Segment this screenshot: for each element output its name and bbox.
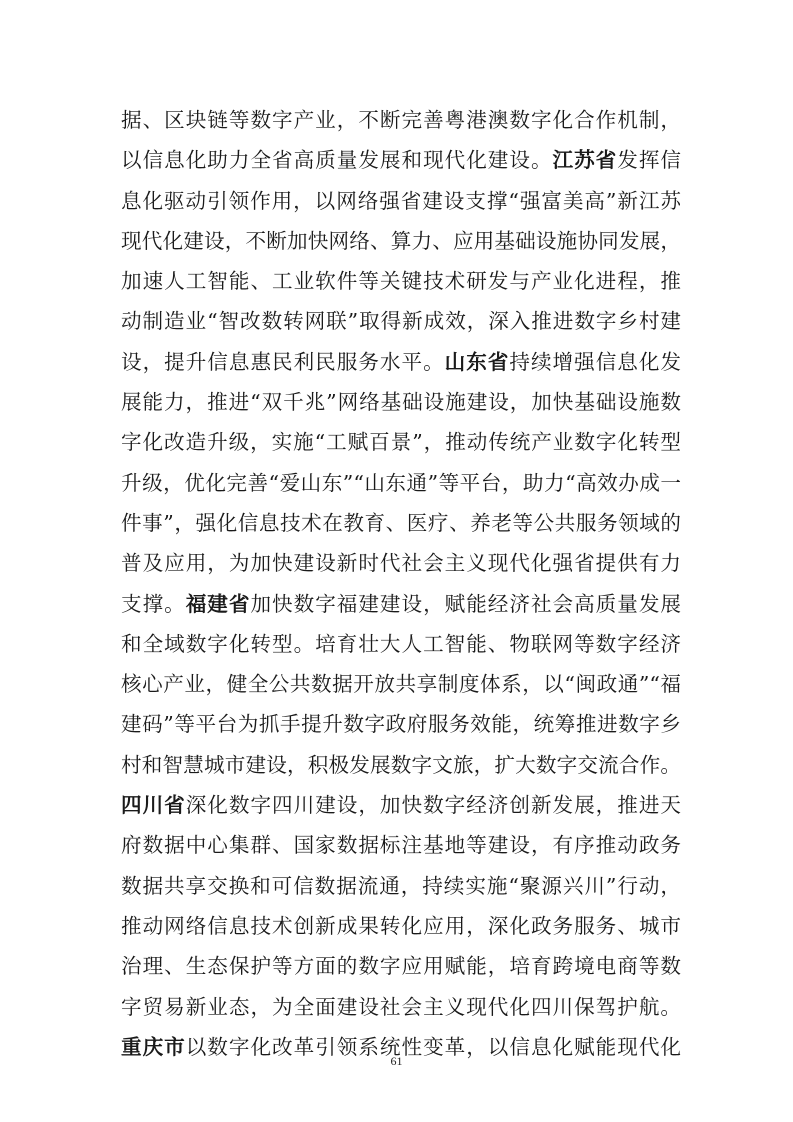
text-line: 以信息化助力全省高质量发展和现代化建设。江苏省发挥信 xyxy=(121,140,681,180)
line-text: 府数据中心集群、国家数据标注基地等建设，有序推动政务 xyxy=(121,833,681,857)
text-line: 核心产业，健全公共数据开放共享制度体系，以“闽政通”“福 xyxy=(121,664,681,704)
text-line: 字贸易新业态，为全面建设社会主义现代化四川保驾护航。 xyxy=(121,987,681,1027)
text-line: 建码”等平台为抓手提升数字政府服务效能，统筹推进数字乡 xyxy=(121,704,681,744)
body-text: 据、区块链等数字产业，不断完善粤港澳数字化合作机制， 以信息化助力全省高质量发展… xyxy=(121,100,681,1067)
text-line: 数据共享交换和可信数据流通，持续实施“聚源兴川”行动， xyxy=(121,866,681,906)
line-text: 普及应用，为加快建设新时代社会主义现代化强省提供有力 xyxy=(121,551,681,575)
text-line: 治理、生态保护等方面的数字应用赋能，培育跨境电商等数 xyxy=(121,946,681,986)
text-line: 现代化建设，不断加快网络、算力、应用基础设施协同发展， xyxy=(121,221,681,261)
text-line: 加速人工智能、工业软件等关键技术研发与产业化进程，推 xyxy=(121,261,681,301)
line-text: 加速人工智能、工业软件等关键技术研发与产业化进程，推 xyxy=(121,269,681,293)
document-page: 据、区块链等数字产业，不断完善粤港澳数字化合作机制， 以信息化助力全省高质量发展… xyxy=(0,0,793,1122)
line-text: 治理、生态保护等方面的数字应用赋能，培育跨境电商等数 xyxy=(121,954,681,978)
text-line: 设，提升信息惠民利民服务水平。山东省持续增强信息化发 xyxy=(121,342,681,382)
line-text: 现代化建设，不断加快网络、算力、应用基础设施协同发展， xyxy=(121,229,681,253)
text-line: 村和智慧城市建设，积极发展数字文旅，扩大数字交流合作。 xyxy=(121,745,681,785)
text-line: 推动网络信息技术创新成果转化应用，深化政务服务、城市 xyxy=(121,906,681,946)
line-text: 以信息化助力全省高质量发展和现代化建设。 xyxy=(121,148,553,172)
text-line: 据、区块链等数字产业，不断完善粤港澳数字化合作机制， xyxy=(121,100,681,140)
line-text: 字贸易新业态，为全面建设社会主义现代化四川保驾护航。 xyxy=(121,995,681,1019)
text-line: 息化驱动引领作用，以网络强省建设支撑“强富美高”新江苏 xyxy=(121,181,681,221)
province-name: 山东省 xyxy=(445,350,510,374)
line-text: 支撑。 xyxy=(121,592,186,616)
line-text: 发挥信 xyxy=(617,148,681,172)
line-text: 升级，优化完善“爱山东”“山东通”等平台，助力“高效办成一 xyxy=(121,471,681,495)
line-text: 和全域数字化转型。培育壮大人工智能、物联网等数字经济 xyxy=(121,632,681,656)
line-text: 村和智慧城市建设，积极发展数字文旅，扩大数字交流合作。 xyxy=(121,753,681,777)
text-line: 普及应用，为加快建设新时代社会主义现代化强省提供有力 xyxy=(121,543,681,583)
line-text: 核心产业，健全公共数据开放共享制度体系，以“闽政通”“福 xyxy=(121,672,681,696)
text-line: 件事”，强化信息技术在教育、医疗、养老等公共服务领域的 xyxy=(121,503,681,543)
text-line: 展能力，推进“双千兆”网络基础设施建设，加快基础设施数 xyxy=(121,382,681,422)
line-text: 数据共享交换和可信数据流通，持续实施“聚源兴川”行动， xyxy=(121,874,681,898)
text-line: 和全域数字化转型。培育壮大人工智能、物联网等数字经济 xyxy=(121,624,681,664)
text-line: 四川省深化数字四川建设，加快数字经济创新发展，推进天 xyxy=(121,785,681,825)
text-line: 动制造业“智改数转网联”取得新成效，深入推进数字乡村建 xyxy=(121,301,681,341)
line-text: 加快数字福建建设，赋能经济社会高质量发展 xyxy=(250,592,681,616)
province-name: 江苏省 xyxy=(553,148,618,172)
line-text: 深化数字四川建设，加快数字经济创新发展，推进天 xyxy=(186,793,681,817)
line-text: 建码”等平台为抓手提升数字政府服务效能，统筹推进数字乡 xyxy=(121,712,681,736)
province-name: 四川省 xyxy=(121,793,186,817)
province-name: 福建省 xyxy=(186,592,251,616)
line-text: 设，提升信息惠民利民服务水平。 xyxy=(121,350,445,374)
line-text: 展能力，推进“双千兆”网络基础设施建设，加快基础设施数 xyxy=(121,390,681,414)
line-text: 息化驱动引领作用，以网络强省建设支撑“强富美高”新江苏 xyxy=(121,189,681,213)
line-text: 据、区块链等数字产业，不断完善粤港澳数字化合作机制， xyxy=(121,108,681,132)
text-line: 府数据中心集群、国家数据标注基地等建设，有序推动政务 xyxy=(121,825,681,865)
text-line: 升级，优化完善“爱山东”“山东通”等平台，助力“高效办成一 xyxy=(121,463,681,503)
text-line: 字化改造升级，实施“工赋百景”，推动传统产业数字化转型 xyxy=(121,422,681,462)
text-line: 支撑。福建省加快数字福建建设，赋能经济社会高质量发展 xyxy=(121,584,681,624)
line-text: 持续增强信息化发 xyxy=(509,350,681,374)
line-text: 推动网络信息技术创新成果转化应用，深化政务服务、城市 xyxy=(121,914,681,938)
line-text: 字化改造升级，实施“工赋百景”，推动传统产业数字化转型 xyxy=(121,430,681,454)
page-number: 61 xyxy=(0,1054,793,1069)
line-text: 动制造业“智改数转网联”取得新成效，深入推进数字乡村建 xyxy=(121,309,681,333)
line-text: 件事”，强化信息技术在教育、医疗、养老等公共服务领域的 xyxy=(121,511,681,535)
